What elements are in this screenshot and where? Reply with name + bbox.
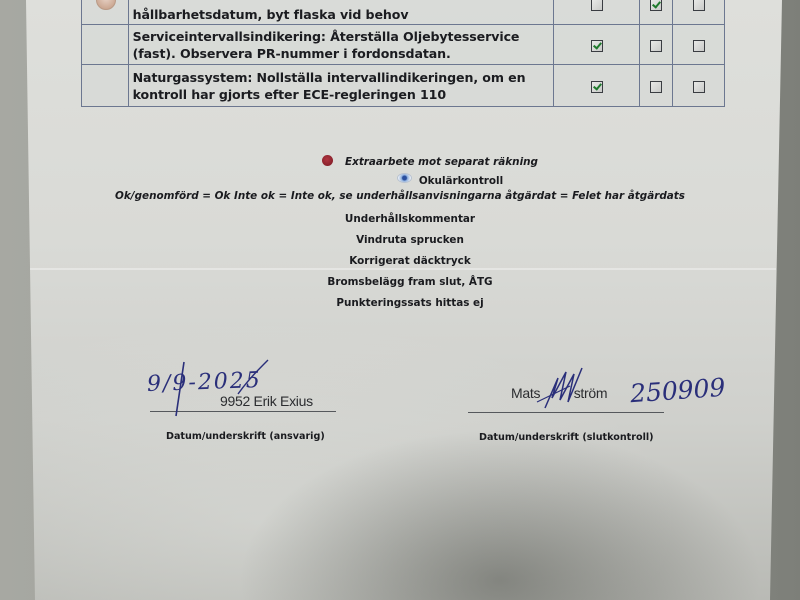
eye-icon	[397, 173, 412, 183]
row-description: hållbarhetsdatum, byt flaska vid behov	[128, 0, 554, 25]
final-check-signature-caption: Datum/underskrift (slutkontroll)	[479, 432, 654, 443]
service-protocol-page: hållbarhetsdatum, byt flaska vid behov S…	[0, 0, 800, 600]
checkbox-fixed[interactable]	[693, 0, 705, 11]
table-row: hållbarhetsdatum, byt flaska vid behov	[82, 0, 725, 25]
legend-extra-work-label: Extraarbete mot separat räkning	[345, 156, 538, 168]
checklist-table: hållbarhetsdatum, byt flaska vid behov S…	[81, 0, 725, 107]
row-description: Serviceintervallsindikering: Återställa …	[128, 25, 554, 65]
checkbox-not-ok[interactable]	[650, 40, 662, 52]
checkbox-fixed[interactable]	[693, 81, 705, 93]
checkbox-fixed[interactable]	[693, 40, 705, 52]
maintenance-comments: Underhållskommentar Vindruta sprucken Ko…	[300, 212, 520, 317]
row-icon-cell	[82, 65, 129, 107]
checkbox-not-ok[interactable]	[650, 0, 662, 11]
comment-item: Bromsbelägg fram slut, ÅTG	[300, 275, 520, 296]
legend-visual-check: Okulärkontroll	[0, 173, 800, 187]
comments-heading: Underhållskommentar	[300, 212, 520, 233]
responsible-signature-line	[150, 411, 336, 412]
legend-extra-work: Extraarbete mot separat räkning	[0, 155, 800, 168]
comment-item: Vindruta sprucken	[300, 233, 520, 254]
checkbox-not-ok[interactable]	[650, 81, 662, 93]
checkbox-ok[interactable]	[591, 0, 603, 11]
final-check-last-name-tail: ström	[574, 385, 608, 401]
final-check-typed-name: Mats ström	[511, 385, 607, 401]
service-item-icon	[96, 0, 116, 10]
legend-visual-check-label: Okulärkontroll	[419, 175, 503, 187]
legend-status-key: Ok/genomförd = Ok Inte ok = Inte ok, se …	[0, 190, 800, 202]
responsible-handwritten-date: 9/9-2025	[147, 368, 263, 397]
final-check-first-name: Mats	[511, 385, 540, 401]
comment-item: Korrigerat däcktryck	[300, 254, 520, 275]
table-row: Naturgassystem: Nollställa intervallindi…	[82, 65, 725, 107]
final-check-signature-line	[468, 412, 664, 413]
row-icon-cell	[82, 25, 129, 65]
final-check-handwritten-date: 250909	[629, 373, 726, 409]
table-row: Serviceintervallsindikering: Återställa …	[82, 25, 725, 65]
row-icon-cell	[82, 0, 129, 25]
red-dot-icon	[322, 155, 333, 166]
responsible-signature-caption: Datum/underskrift (ansvarig)	[166, 431, 325, 442]
responsible-typed-name: 9952 Erik Exius	[220, 393, 313, 409]
row-description: Naturgassystem: Nollställa intervallindi…	[128, 65, 554, 107]
checkbox-ok[interactable]	[591, 81, 603, 93]
comment-item: Punkteringssats hittas ej	[300, 296, 520, 317]
checkbox-ok[interactable]	[591, 40, 603, 52]
